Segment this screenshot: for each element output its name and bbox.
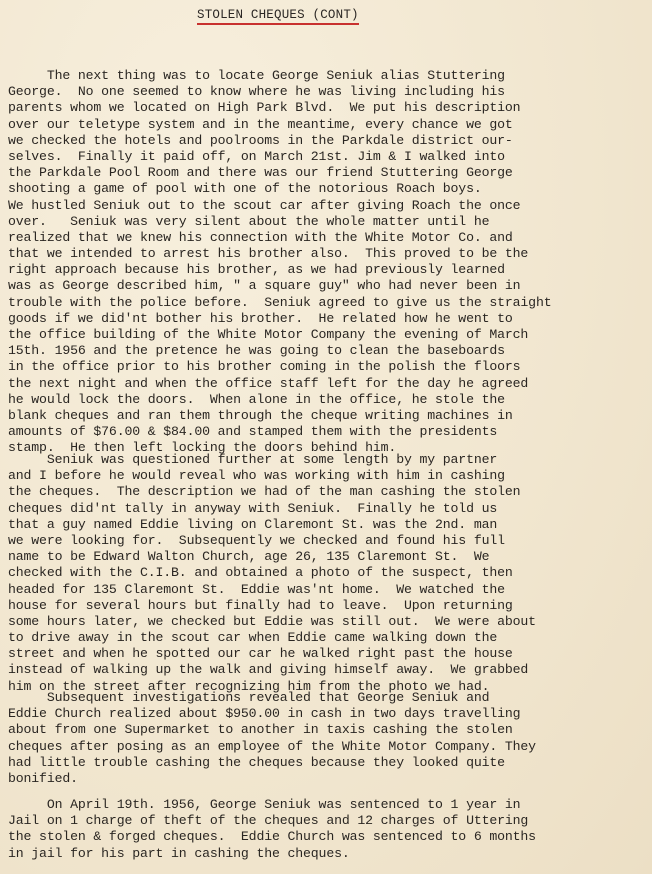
text-line: the Parkdale Pool Room and there was our… bbox=[8, 165, 648, 181]
text-line: some hours later, we checked but Eddie w… bbox=[8, 614, 648, 630]
text-line: street and when he spotted our car he wa… bbox=[8, 646, 648, 662]
text-line: shooting a game of pool with one of the … bbox=[8, 181, 648, 197]
page-title: STOLEN CHEQUES (CONT) bbox=[197, 8, 359, 25]
text-line: cheques did'nt tally in anyway with Seni… bbox=[8, 501, 648, 517]
text-line: had little trouble cashing the cheques b… bbox=[8, 755, 648, 771]
paragraph-sentencing: On April 19th. 1956, George Seniuk was s… bbox=[8, 797, 648, 862]
text-line: name to be Edward Walton Church, age 26,… bbox=[8, 549, 648, 565]
text-line: George. No one seemed to know where he w… bbox=[8, 84, 648, 100]
text-line: amounts of $76.00 & $84.00 and stamped t… bbox=[8, 424, 648, 440]
text-line: On April 19th. 1956, George Seniuk was s… bbox=[8, 797, 648, 813]
text-line: checked with the C.I.B. and obtained a p… bbox=[8, 565, 648, 581]
text-line: right approach because his brother, as w… bbox=[8, 262, 648, 278]
text-line: we were looking for. Subsequently we che… bbox=[8, 533, 648, 549]
paragraph-identifying-eddie: Seniuk was questioned further at some le… bbox=[8, 452, 648, 695]
text-line: parents whom we located on High Park Blv… bbox=[8, 100, 648, 116]
text-line: the cheques. The description we had of t… bbox=[8, 484, 648, 500]
text-line: about from one Supermarket to another in… bbox=[8, 722, 648, 738]
text-line: Seniuk was questioned further at some le… bbox=[8, 452, 648, 468]
text-line: blank cheques and ran them through the c… bbox=[8, 408, 648, 424]
text-line: trouble with the police before. Seniuk a… bbox=[8, 295, 648, 311]
text-line: headed for 135 Claremont St. Eddie was'n… bbox=[8, 582, 648, 598]
text-line: he would lock the doors. When alone in t… bbox=[8, 392, 648, 408]
text-line: in jail for his part in cashing the cheq… bbox=[8, 846, 648, 862]
text-line: We hustled Seniuk out to the scout car a… bbox=[8, 198, 648, 214]
text-line: realized that we knew his connection wit… bbox=[8, 230, 648, 246]
text-line: Eddie Church realized about $950.00 in c… bbox=[8, 706, 648, 722]
text-line: to drive away in the scout car when Eddi… bbox=[8, 630, 648, 646]
text-line: the office building of the White Motor C… bbox=[8, 327, 648, 343]
text-line: over. Seniuk was very silent about the w… bbox=[8, 214, 648, 230]
text-line: the next night and when the office staff… bbox=[8, 376, 648, 392]
text-line: and I before he would reveal who was wor… bbox=[8, 468, 648, 484]
text-line: instead of walking up the walk and givin… bbox=[8, 662, 648, 678]
text-line: goods if we did'nt bother his brother. H… bbox=[8, 311, 648, 327]
text-line: house for several hours but finally had … bbox=[8, 598, 648, 614]
text-line: Subsequent investigations revealed that … bbox=[8, 690, 648, 706]
text-line: Jail on 1 charge of theft of the cheques… bbox=[8, 813, 648, 829]
text-line: 15th. 1956 and the pretence he was going… bbox=[8, 343, 648, 359]
text-line: selves. Finally it paid off, on March 21… bbox=[8, 149, 648, 165]
text-line: that we intended to arrest his brother a… bbox=[8, 246, 648, 262]
typewritten-page: STOLEN CHEQUES (CONT) The next thing was… bbox=[0, 0, 652, 874]
text-line: The next thing was to locate George Seni… bbox=[8, 68, 648, 84]
text-line: cheques after posing as an employee of t… bbox=[8, 739, 648, 755]
text-line: we checked the hotels and poolrooms in t… bbox=[8, 133, 648, 149]
text-line: the stolen & forged cheques. Eddie Churc… bbox=[8, 829, 648, 845]
text-line: over our teletype system and in the mean… bbox=[8, 117, 648, 133]
text-line: that a guy named Eddie living on Claremo… bbox=[8, 517, 648, 533]
text-line: bonified. bbox=[8, 771, 648, 787]
text-line: was as George described him, " a square … bbox=[8, 278, 648, 294]
text-line: in the office prior to his brother comin… bbox=[8, 359, 648, 375]
paragraph-investigation-findings: Subsequent investigations revealed that … bbox=[8, 690, 648, 787]
paragraph-locating-seniuk: The next thing was to locate George Seni… bbox=[8, 68, 648, 457]
